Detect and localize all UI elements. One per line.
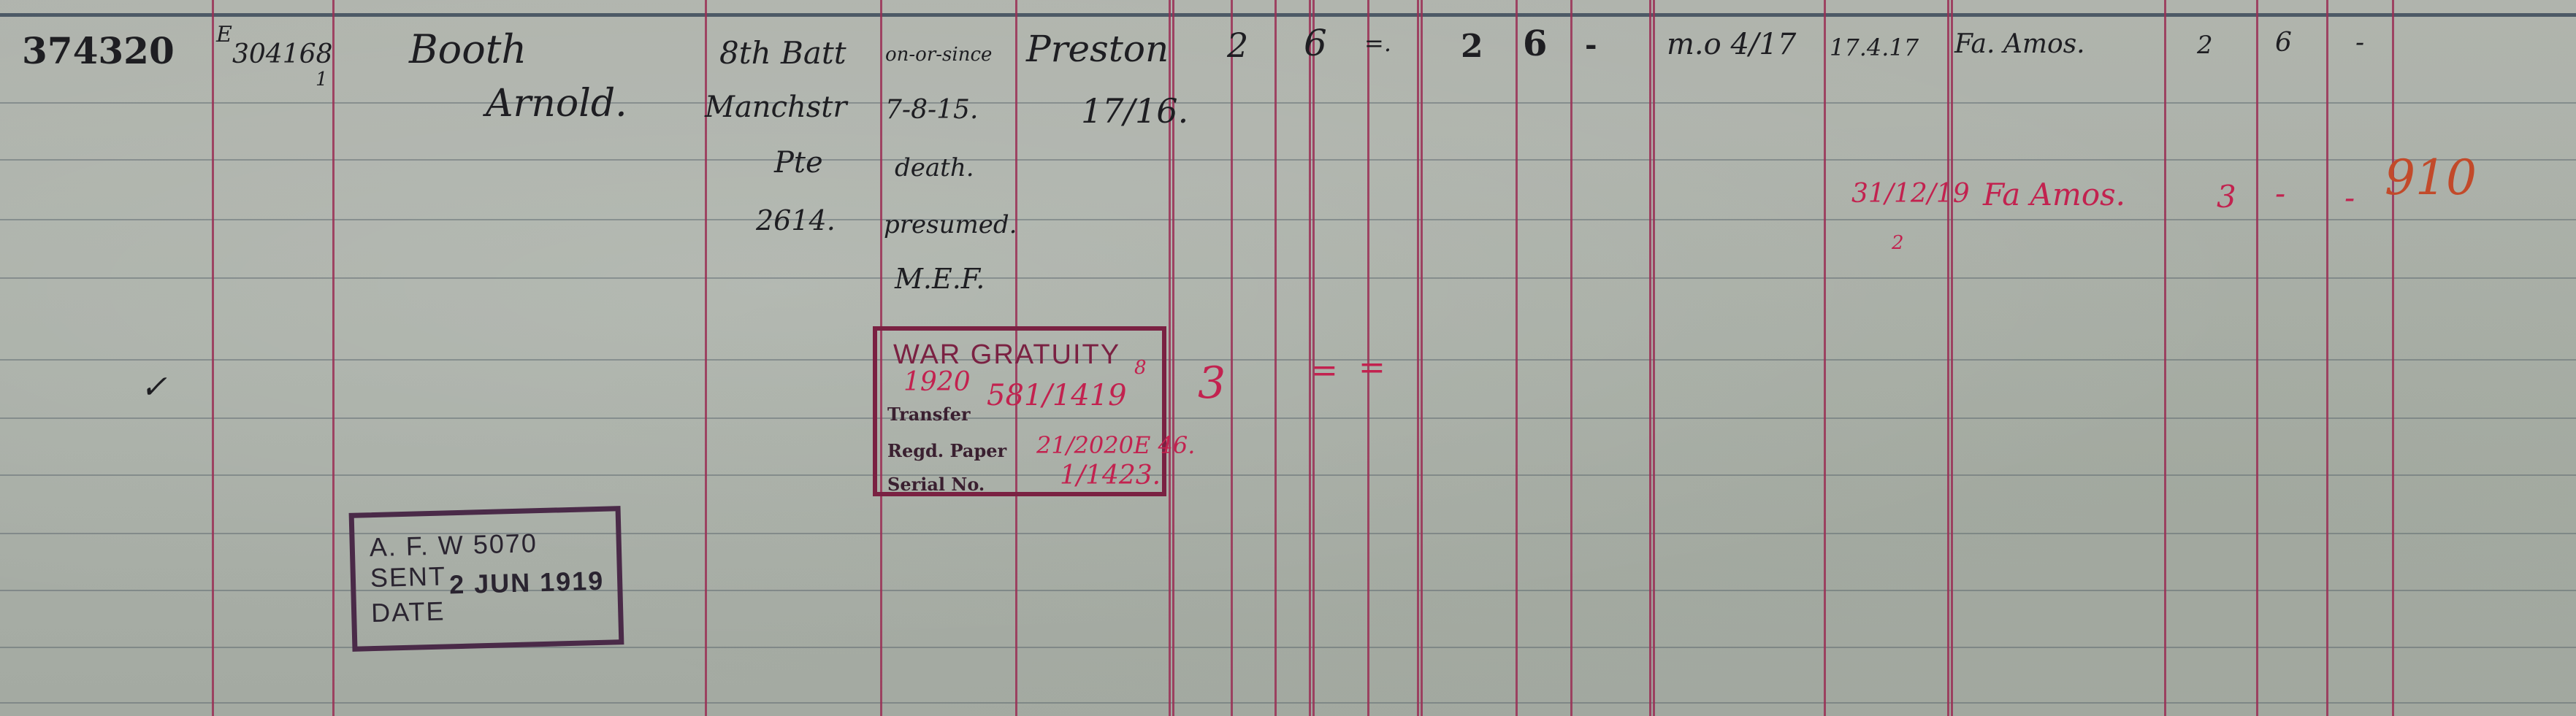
stamp-transfer-value: 581/1419 (987, 379, 1127, 412)
column-rule (1824, 0, 1826, 716)
red-entry-date: 31/12/19 (1851, 179, 1970, 209)
stamp-serial-value: 1/1423. (1060, 461, 1161, 490)
payment-pounds: 2 (2197, 31, 2213, 60)
ruled-line (0, 359, 2576, 361)
stamp-title: WAR GRATUITY (893, 339, 1120, 371)
ruled-line (0, 277, 2576, 279)
column-rule (1274, 0, 1277, 716)
date-line-4: presumed. (884, 210, 1017, 239)
stamp-regd-paper-value: 21/2020E 46. (1036, 431, 1195, 459)
payee: Fa. Amos. (1954, 29, 2085, 59)
red-entry-pence: - (2344, 180, 2355, 215)
reference-number: 304168 (232, 39, 332, 69)
payment-shillings: 6 (2275, 28, 2292, 58)
stamp-transfer-sub: 8 (1134, 357, 1147, 379)
ruled-line (0, 102, 2576, 104)
ruled-line (0, 219, 2576, 220)
ledger-page: 374320 E 304168 1 Booth Arnold. 8th Batt… (0, 0, 2576, 716)
column-rule (1516, 0, 1518, 716)
ruled-line (0, 474, 2576, 476)
surname: Booth (409, 26, 527, 72)
rank: Pte (774, 146, 823, 180)
gratuity-amount: 3 (1198, 358, 1226, 409)
ruled-line (0, 417, 2576, 419)
reference-prefix: E (216, 22, 232, 47)
column-rule (212, 0, 214, 716)
gratuity-mark-2: = (1358, 349, 1386, 386)
payment-date: 17.4.17 (1830, 34, 1919, 61)
column-rule-double (1649, 0, 1655, 716)
ruled-line (0, 702, 2576, 704)
place-of-death: M.E.F. (895, 263, 985, 295)
afw-date-label: DATE (371, 596, 446, 629)
column-rule (1570, 0, 1572, 716)
red-entry-pounds: 3 (2217, 179, 2236, 215)
red-entry-annotation: 910 (2385, 150, 2477, 206)
service-number: 2614. (756, 204, 836, 236)
unit-line-2: Manchstr (705, 91, 846, 124)
ruled-line (0, 159, 2576, 161)
gratuity-mark-1: = (1311, 352, 1338, 389)
authority-reference: m.o 4/17 (1667, 28, 1796, 61)
record-reference: 17/16. (1081, 91, 1188, 131)
stamp-label-regd-paper: Regd. Paper (887, 440, 1006, 461)
forename: Arnold. (486, 82, 627, 126)
column-rule (2326, 0, 2328, 716)
column-rule (1231, 0, 1233, 716)
amount-1-pounds: 2 (1227, 26, 1248, 65)
top-ruled-line (0, 13, 2576, 17)
war-gratuity-stamp: WAR GRATUITY 1920 Transfer 581/1419 8 Re… (873, 326, 1166, 496)
column-rule-double (1947, 0, 1953, 716)
date-line-2: 7-8-15. (885, 95, 978, 125)
column-rule (332, 0, 335, 716)
column-rule (2256, 0, 2258, 716)
payment-pence: - (2355, 28, 2364, 58)
unit-line-1: 8th Batt (719, 35, 846, 71)
record-office: Preston (1026, 28, 1169, 70)
column-rule (2392, 0, 2394, 716)
amount-2-shillings: 6 (1523, 23, 1547, 64)
date-line-1: on-or-since (885, 44, 992, 66)
red-entry-date-sub: 2 (1892, 232, 1904, 254)
amount-1-pence: =. (1364, 29, 1391, 57)
afw-date-value: 2 JUN 1919 (449, 566, 605, 601)
red-entry-shillings: - (2275, 175, 2285, 211)
amount-2-pence: - (1585, 28, 1597, 62)
column-rule (2164, 0, 2166, 716)
check-mark: ✓ (140, 369, 167, 406)
stamp-label-serial: Serial No. (887, 474, 985, 495)
stamp-year: 1920 (903, 367, 971, 397)
date-line-3: death. (895, 153, 974, 182)
afw-sent-stamp: A. F. W 5070 SENT DATE 2 JUN 1919 (349, 506, 624, 652)
stamp-label-transfer: Transfer (887, 404, 971, 425)
register-number: 374320 (22, 29, 175, 72)
amount-1-shillings: 6 (1304, 22, 1327, 64)
red-entry-payee: Fa Amos. (1983, 177, 2125, 212)
amount-2-pounds: 2 (1461, 28, 1483, 65)
column-rule-double (1417, 0, 1423, 716)
reference-sub: 1 (316, 69, 328, 91)
